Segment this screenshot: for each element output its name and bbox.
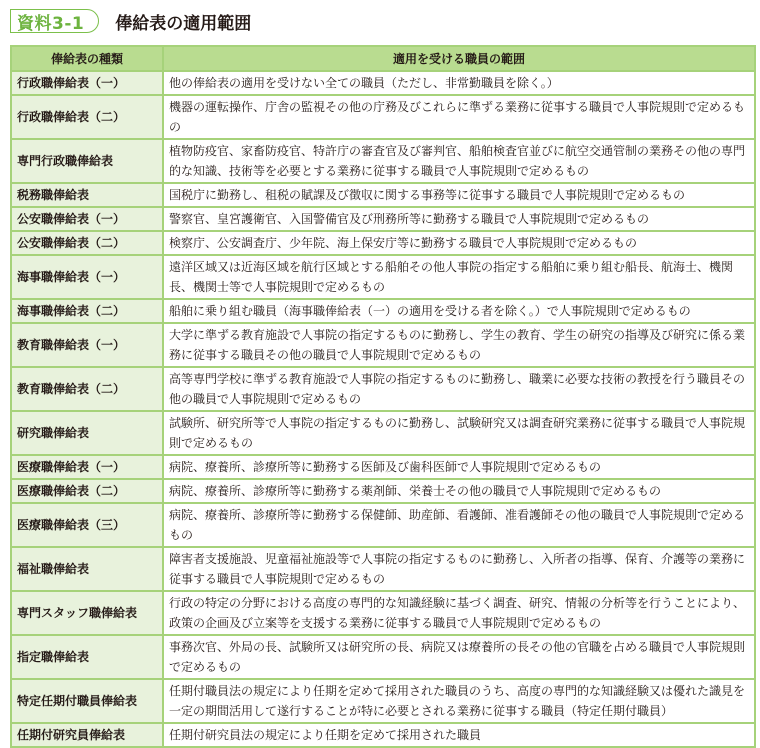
table-row: 特定任期付職員俸給表任期付職員法の規定により任期を定めて採用された職員のうち、高… [11, 679, 755, 723]
salary-schedule-kind: 専門スタッフ職俸給表 [11, 591, 163, 635]
salary-schedule-kind: 海事職俸給表（二） [11, 299, 163, 323]
applicable-scope: 病院、療養所、診療所等に勤務する保健師、助産師、看護師、准看護師その他の職員で人… [163, 503, 755, 547]
salary-schedule-table: 俸給表の種類 適用を受ける職員の範囲 行政職俸給表（一）他の俸給表の適用を受けな… [10, 45, 756, 735]
salary-schedule-kind: 医療職俸給表（三） [11, 503, 163, 547]
applicable-scope: 障害者支援施設、児童福祉施設等で人事院の指定するものに勤務し、入所者の指導、保育… [163, 547, 755, 591]
salary-schedule-kind: 教育職俸給表（一） [11, 323, 163, 367]
column-header-scope: 適用を受ける職員の範囲 [163, 46, 755, 71]
table-row: 教育職俸給表（一）大学に準ずる教育施設で人事院の指定するものに勤務し、学生の教育… [11, 323, 755, 367]
table-row: 行政職俸給表（二）機器の運転操作、庁舎の監視その他の庁務及びこれらに準ずる業務に… [11, 95, 755, 139]
table-header-row: 俸給表の種類 適用を受ける職員の範囲 [11, 46, 755, 71]
applicable-scope: 高等専門学校に準ずる教育施設で人事院の指定するものに勤務し、職業に必要な技術の教… [163, 367, 755, 411]
document-title: 俸給表の適用範囲 [115, 9, 251, 34]
column-header-kind: 俸給表の種類 [11, 46, 163, 71]
salary-schedule-kind: 指定職俸給表 [11, 635, 163, 679]
salary-schedule-kind: 行政職俸給表（二） [11, 95, 163, 139]
salary-schedule-kind: 医療職俸給表（二） [11, 479, 163, 503]
salary-schedule-kind: 行政職俸給表（一） [11, 71, 163, 95]
applicable-scope: 検察庁、公安調査庁、少年院、海上保安庁等に勤務する職員で人事院規則で定めるもの [163, 231, 755, 255]
salary-schedule-kind: 福祉職俸給表 [11, 547, 163, 591]
salary-schedule-kind: 任期付研究員俸給表 [11, 723, 163, 735]
salary-schedule-kind: 特定任期付職員俸給表 [11, 679, 163, 723]
applicable-scope: 植物防疫官、家畜防疫官、特許庁の審査官及び審判官、船舶検査官並びに航空交通管制の… [163, 139, 755, 183]
table-row: 指定職俸給表事務次官、外局の長、試験所又は研究所の長、病院又は療養所の長その他の… [11, 635, 755, 679]
table-row: 専門行政職俸給表植物防疫官、家畜防疫官、特許庁の審査官及び審判官、船舶検査官並び… [11, 139, 755, 183]
document-header: 資料3-1 俸給表の適用範囲 [10, 8, 251, 34]
table-row: 公安職俸給表（二）検察庁、公安調査庁、少年院、海上保安庁等に勤務する職員で人事院… [11, 231, 755, 255]
applicable-scope: 病院、療養所、診療所等に勤務する薬剤師、栄養士その他の職員で人事院規則で定めるも… [163, 479, 755, 503]
salary-schedule-kind: 海事職俸給表（一） [11, 255, 163, 299]
table-row: 任期付研究員俸給表任期付研究員法の規定により任期を定めて採用された職員 [11, 723, 755, 735]
applicable-scope: 行政の特定の分野における高度の専門的な知識経験に基づく調査、研究、情報の分析等を… [163, 591, 755, 635]
salary-schedule-kind: 医療職俸給表（一） [11, 455, 163, 479]
salary-schedule-kind: 公安職俸給表（二） [11, 231, 163, 255]
table-row: 教育職俸給表（二）高等専門学校に準ずる教育施設で人事院の指定するものに勤務し、職… [11, 367, 755, 411]
table-row: 研究職俸給表試験所、研究所等で人事院の指定するものに勤務し、試験研究又は調査研究… [11, 411, 755, 455]
applicable-scope: 警察官、皇宮護衛官、入国警備官及び刑務所等に勤務する職員で人事院規則で定めるもの [163, 207, 755, 231]
applicable-scope: 任期付研究員法の規定により任期を定めて採用された職員 [163, 723, 755, 735]
table-row: 医療職俸給表（二）病院、療養所、診療所等に勤務する薬剤師、栄養士その他の職員で人… [11, 479, 755, 503]
applicable-scope: 試験所、研究所等で人事院の指定するものに勤務し、試験研究又は調査研究業務に従事す… [163, 411, 755, 455]
applicable-scope: 機器の運転操作、庁舎の監視その他の庁務及びこれらに準ずる業務に従事する職員で人事… [163, 95, 755, 139]
table-row: 海事職俸給表（二）船舶に乗り組む職員（海事職俸給表（一）の適用を受ける者を除く。… [11, 299, 755, 323]
applicable-scope: 船舶に乗り組む職員（海事職俸給表（一）の適用を受ける者を除く。）で人事院規則で定… [163, 299, 755, 323]
applicable-scope: 他の俸給表の適用を受けない全ての職員（ただし、非常勤職員を除く。） [163, 71, 755, 95]
table-row: 税務職俸給表国税庁に勤務し、租税の賦課及び徴収に関する事務等に従事する職員で人事… [11, 183, 755, 207]
salary-schedule-kind: 公安職俸給表（一） [11, 207, 163, 231]
table-row: 公安職俸給表（一）警察官、皇宮護衛官、入国警備官及び刑務所等に勤務する職員で人事… [11, 207, 755, 231]
salary-schedule-kind: 教育職俸給表（二） [11, 367, 163, 411]
applicable-scope: 大学に準ずる教育施設で人事院の指定するものに勤務し、学生の教育、学生の研究の指導… [163, 323, 755, 367]
applicable-scope: 国税庁に勤務し、租税の賦課及び徴収に関する事務等に従事する職員で人事院規則で定め… [163, 183, 755, 207]
salary-schedule-kind: 研究職俸給表 [11, 411, 163, 455]
table-row: 福祉職俸給表障害者支援施設、児童福祉施設等で人事院の指定するものに勤務し、入所者… [11, 547, 755, 591]
applicable-scope: 遠洋区域又は近海区域を航行区域とする船舶その他人事院の指定する船舶に乗り組む船長… [163, 255, 755, 299]
salary-schedule-kind: 専門行政職俸給表 [11, 139, 163, 183]
applicable-scope: 事務次官、外局の長、試験所又は研究所の長、病院又は療養所の長その他の官職を占める… [163, 635, 755, 679]
applicable-scope: 病院、療養所、診療所等に勤務する医師及び歯科医師で人事院規則で定めるもの [163, 455, 755, 479]
table-row: 医療職俸給表（一）病院、療養所、診療所等に勤務する医師及び歯科医師で人事院規則で… [11, 455, 755, 479]
salary-schedule-kind: 税務職俸給表 [11, 183, 163, 207]
table-row: 行政職俸給表（一）他の俸給表の適用を受けない全ての職員（ただし、非常勤職員を除く… [11, 71, 755, 95]
table-row: 医療職俸給表（三）病院、療養所、診療所等に勤務する保健師、助産師、看護師、准看護… [11, 503, 755, 547]
doc-label-badge: 資料3-1 [10, 9, 99, 33]
table-row: 海事職俸給表（一）遠洋区域又は近海区域を航行区域とする船舶その他人事院の指定する… [11, 255, 755, 299]
applicable-scope: 任期付職員法の規定により任期を定めて採用された職員のうち、高度の専門的な知識経験… [163, 679, 755, 723]
table-row: 専門スタッフ職俸給表行政の特定の分野における高度の専門的な知識経験に基づく調査、… [11, 591, 755, 635]
